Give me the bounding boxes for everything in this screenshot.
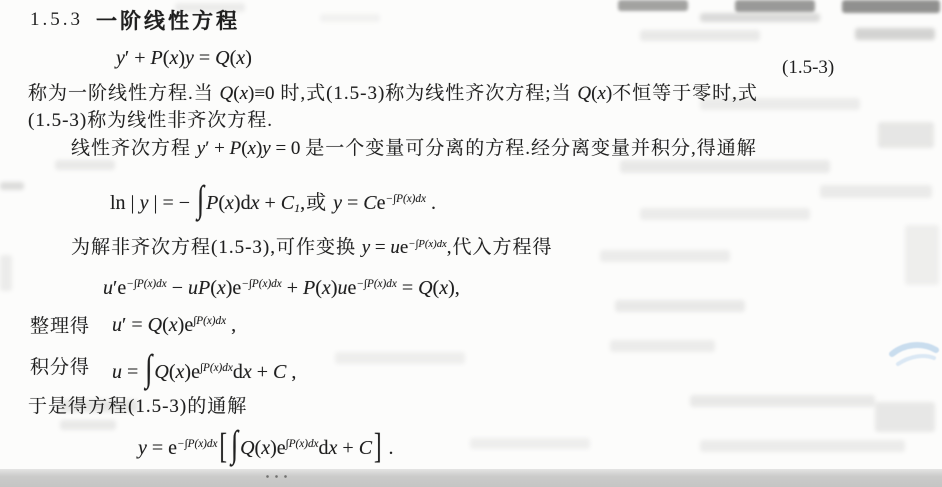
formula-token: u (112, 314, 122, 336)
bleedthrough-smudge (55, 160, 115, 170)
bleedthrough-smudge (335, 352, 465, 364)
equation-main: y′ + P(x)y = Q(x) (116, 46, 252, 71)
formula-token: 为解非齐次方程(1.5-3),可作变换 (71, 237, 362, 258)
paragraph-line-3: 线性齐次方程 y′ + P(x)y = 0 是一个变量可分离的方程.经分离变量并… (71, 137, 757, 161)
bleedthrough-smudge (610, 340, 715, 352)
section-title: 一阶线性方程 (96, 5, 240, 35)
formula-token: 称为一阶线性方程.当 (28, 83, 220, 104)
formula-token: − (167, 277, 188, 299)
formula-token: 线性齐次方程 (71, 138, 197, 159)
formula-token: Q (240, 437, 254, 459)
formula-token: ,或 (300, 192, 333, 214)
bleedthrough-smudge (60, 420, 116, 430)
bleedthrough-smudge (878, 122, 934, 148)
equation-substituted: u′e−∫P(x)dx − uP(x)e−∫P(x)dx + P(x)ue−∫P… (103, 276, 460, 301)
bleedthrough-smudge (600, 250, 730, 262)
formula-token: ′e (113, 277, 126, 299)
bleedthrough-smudge (0, 255, 12, 291)
formula-token: = (194, 47, 215, 69)
formula-token: (1.5-3)称为线性非齐次方程. (28, 110, 273, 131)
bleedthrough-smudge (700, 440, 905, 452)
formula-token: −∫P(x)dx (177, 438, 217, 450)
formula-token: x (439, 277, 448, 299)
formula-token: )≡0 (248, 83, 275, 104)
formula-token: Q (220, 83, 234, 104)
formula-token: −∫P(x)dx (408, 239, 446, 250)
formula-token: d (233, 361, 243, 383)
formula-token: )d (234, 192, 251, 214)
formula-token: ,代入方程得 (447, 237, 553, 258)
bleedthrough-smudge (470, 438, 590, 449)
formula-token: [ (217, 424, 228, 469)
page-bottom-edge (0, 469, 942, 487)
formula-token: = e (147, 437, 177, 459)
formula-token: −∫P(x)dx (386, 193, 426, 205)
formula-token: C (273, 361, 286, 383)
blue-pen-mark (888, 338, 942, 372)
bleedthrough-smudge (905, 225, 939, 285)
formula-token: )e (184, 361, 200, 383)
formula-token: ( (315, 277, 322, 299)
formula-token: Q (215, 47, 229, 69)
formula-token: ∫P(x)dx (193, 315, 226, 327)
formula-token: ( (169, 361, 176, 383)
formula-token: x (236, 47, 245, 69)
formula-token: C (363, 192, 376, 214)
formula-token: P (303, 277, 315, 299)
paragraph-line-1: 称为一阶线性方程.当 Q(x)≡0 时,式(1.5-3)称为线性齐次方程;当 Q… (28, 82, 758, 106)
bleedthrough-smudge (842, 0, 940, 13)
formula-token: ), (448, 277, 460, 299)
formula-token: ′ = (122, 314, 148, 336)
formula-token: x (322, 277, 331, 299)
formula-token: x (169, 47, 178, 69)
formula-token: ∫P(x)dx (286, 438, 319, 450)
formula-token: = (342, 192, 363, 214)
ellipsis-dots-artifact (263, 474, 289, 479)
formula-token: , (286, 361, 296, 383)
formula-token: | = − (148, 192, 195, 214)
formula-token: ∫ (143, 346, 154, 393)
formula-token: y (362, 237, 370, 258)
formula-token: C (359, 437, 372, 459)
equation-integrated: u = ∫Q(x)e∫P(x)dxdx + C , (112, 354, 296, 387)
formula-token: e (377, 192, 386, 214)
bleedthrough-smudge (735, 0, 815, 12)
section-number: 1.5.3 (30, 9, 83, 31)
formula-token: ∫ (229, 422, 240, 469)
formula-token: y (138, 437, 147, 459)
formula-token: x (597, 83, 605, 104)
label-integrate: 积分得 (30, 356, 90, 380)
formula-token: + (259, 192, 280, 214)
formula-token: P (206, 192, 218, 214)
formula-token: = (397, 277, 418, 299)
formula-token: ′ + (125, 47, 151, 69)
formula-token: uP (188, 277, 210, 299)
formula-token: + (252, 361, 273, 383)
formula-token: x (243, 361, 252, 383)
formula-token: = 0 (271, 138, 305, 159)
formula-token: ) (178, 47, 185, 69)
bleedthrough-smudge (690, 395, 875, 407)
formula-token: x (240, 83, 248, 104)
formula-token: + (337, 437, 358, 459)
formula-token: 整理得 (30, 316, 90, 337)
formula-token: Q (148, 314, 162, 336)
formula-token: 时,式(1.5-3)称为线性齐次方程;当 (275, 83, 578, 104)
formula-token: x (261, 437, 270, 459)
scanned-textbook-page: 1.5.3 一阶线性方程 y′ + P(x)y = Q(x) (1.5-3) 称… (0, 0, 942, 487)
formula-token: . (426, 192, 436, 214)
formula-token: x (217, 277, 226, 299)
bleedthrough-smudge (640, 30, 760, 41)
formula-token: C (281, 192, 294, 214)
formula-token: . (384, 437, 394, 459)
formula-token: u (337, 277, 347, 299)
formula-token: P (151, 47, 163, 69)
formula-token: ∫ (195, 177, 206, 224)
formula-token: , (226, 314, 236, 336)
formula-token: 积分得 (30, 357, 90, 378)
formula-token: ′ + (205, 138, 229, 159)
equation-rearranged: u′ = Q(x)e∫P(x)dx , (112, 313, 236, 338)
formula-token: u (390, 237, 400, 258)
formula-token: x (225, 192, 234, 214)
formula-token: ] (372, 424, 383, 469)
bleedthrough-smudge (640, 208, 810, 220)
formula-token: P (230, 138, 242, 159)
bleedthrough-smudge (615, 300, 745, 312)
equation-homogeneous-solution: ln | y | = − ∫P(x)dx + C1,或 y = Ce−∫P(x)… (110, 185, 436, 218)
formula-token: x (248, 138, 256, 159)
formula-token: y (262, 138, 270, 159)
formula-token: = (122, 361, 143, 383)
formula-token: y (333, 192, 342, 214)
paragraph-line-2: (1.5-3)称为线性非齐次方程. (28, 109, 273, 133)
formula-token: ) (245, 47, 252, 69)
formula-token: 是一个变量可分离的方程.经分离变量并积分,得通解 (305, 138, 757, 159)
formula-token: y (185, 47, 194, 69)
formula-token: )e (178, 314, 194, 336)
formula-token: 于是得方程(1.5-3)的通解 (28, 396, 247, 417)
formula-token: −∫P(x)dx (356, 278, 396, 290)
equation-number: (1.5-3) (782, 57, 834, 79)
formula-token: u (103, 277, 113, 299)
formula-token: )e (226, 277, 242, 299)
formula-token: 不恒等于零时,式 (612, 83, 758, 104)
bleedthrough-smudge (620, 160, 830, 173)
formula-token: u (112, 361, 122, 383)
formula-token: Q (577, 83, 591, 104)
bleedthrough-smudge (820, 185, 932, 198)
formula-token: ln | (110, 192, 140, 214)
paragraph-line-4: 为解非齐次方程(1.5-3),可作变换 y = ue−∫P(x)dx,代入方程得 (71, 236, 553, 260)
formula-token: −∫P(x)dx (241, 278, 281, 290)
formula-token: Q (418, 277, 432, 299)
bleedthrough-smudge (0, 182, 24, 190)
formula-token: −∫P(x)dx (126, 278, 166, 290)
bleedthrough-smudge (320, 14, 380, 22)
formula-token: = (370, 237, 390, 258)
bleedthrough-smudge (855, 28, 935, 40)
formula-token: ( (162, 314, 169, 336)
label-rearrange: 整理得 (30, 315, 90, 339)
paragraph-line-5: 于是得方程(1.5-3)的通解 (28, 395, 247, 419)
formula-token: y (116, 47, 125, 69)
bleedthrough-smudge (700, 13, 820, 22)
bleedthrough-smudge (618, 0, 688, 11)
formula-token: y (197, 138, 205, 159)
formula-token: 1 (294, 201, 300, 215)
formula-token: )e (270, 437, 286, 459)
formula-token: x (169, 314, 178, 336)
formula-token: d (319, 437, 329, 459)
bleedthrough-smudge (875, 402, 935, 432)
formula-token: ( (210, 277, 217, 299)
formula-token: ∫P(x)dx (200, 362, 233, 374)
formula-token: Q (154, 361, 168, 383)
equation-general-solution: y = e−∫P(x)dx[∫Q(x)e∫P(x)dxdx + C] . (138, 430, 394, 463)
formula-token: + (282, 277, 303, 299)
